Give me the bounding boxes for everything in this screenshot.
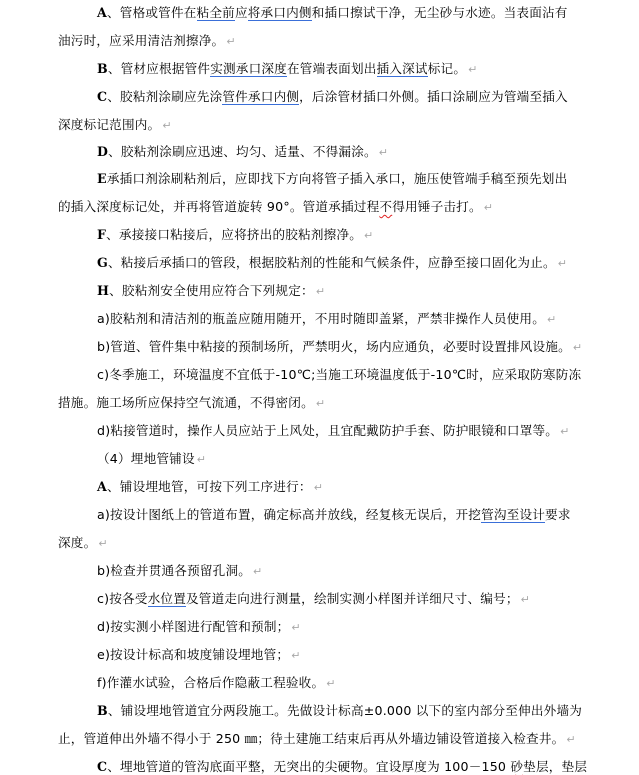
text-segment: b)管道、管件集中粘接的预制场所，严禁明火，场内应通负，必要时设置排风设施。 xyxy=(97,339,571,354)
text-segment: 止，管道伸出外墙不得小于 250 ㎜；待土建施工结束后再从外墙边铺设管道接入检查… xyxy=(58,731,564,746)
text-line: 措施。施工场所应保持空气流通，不得密闭。↵ xyxy=(58,393,325,413)
paragraph-mark-icon: ↵ xyxy=(484,201,493,214)
text-line: A、管格或管件在粘全前应将承口内侧和插口擦试干净，无尘砂与水迹。当表面沾有 xyxy=(97,3,568,23)
paragraph-mark-icon: ↵ xyxy=(98,537,107,550)
paragraph-mark-icon: ↵ xyxy=(316,397,325,410)
text-segment: e)按设计标高和坡度铺设埋地管； xyxy=(97,647,289,662)
text-line: 深度。↵ xyxy=(58,533,108,553)
document-page: A、管格或管件在粘全前应将承口内侧和插口擦试干净，无尘砂与水迹。当表面沾有油污时… xyxy=(0,0,639,775)
paragraph-mark-icon: ↵ xyxy=(547,313,556,326)
text-segment: 、铺设埋地管，可按下列工序进行： xyxy=(107,479,312,494)
marked-text: 插入深试 xyxy=(377,61,428,77)
text-line: b)检查并贯通各预留孔洞。↵ xyxy=(97,561,262,581)
text-segment: 、承接接口粘接后，应将挤出的胶粘剂擦净。 xyxy=(106,227,362,242)
item-letter: H xyxy=(97,283,109,298)
text-segment: ，后涂管材插口外侧。插口涂刷应为管端至插入 xyxy=(299,89,568,104)
text-segment: b)检查并贯通各预留孔洞。 xyxy=(97,563,251,578)
text-segment: a)按设计图纸上的管道布置，确定标高并放线，经复核无误后，开挖 xyxy=(97,507,481,522)
text-segment: 在管端表面划出 xyxy=(287,61,377,76)
item-letter: F xyxy=(97,227,106,242)
item-letter: C xyxy=(97,89,107,104)
paragraph-mark-icon: ↵ xyxy=(316,285,325,298)
text-segment: 及管道走向进行测量，绘制实测小样图并详细尺寸、编号； xyxy=(186,591,519,606)
text-segment: 、胶粘剂涂刷应先涂 xyxy=(107,89,222,104)
text-segment: 、埋地管道的管沟底面平整，无突出的尖硬物。宜设厚度为 100－150 xyxy=(107,759,510,774)
text-segment: 的插入深度标记处，并再将管道旋转 90°。管道承插过程 xyxy=(58,199,379,214)
paragraph-mark-icon: ↵ xyxy=(379,146,388,159)
text-segment: 和插口擦试干净，无尘砂与水迹。当表面沾有 xyxy=(312,5,568,20)
text-line: 深度标记范围内。↵ xyxy=(58,115,172,135)
marked-text: 不 xyxy=(379,199,392,214)
paragraph-mark-icon: ↵ xyxy=(226,35,235,48)
text-line: E承插口剂涂刷粘剂后，应即找下方向将管子插入承口，施压使管端手稿至预先划出 xyxy=(97,169,567,189)
text-segment: a)胶粘剂和清洁剂的瓶盖应随用随开，不用时随即盖紧，严禁非操作人员使用。 xyxy=(97,311,545,326)
text-segment: 、铺设埋地管道宜分两段施工。先做设计标高±0.000 以下的室内部分至伸出外墙为 xyxy=(108,703,582,718)
text-line: e)按设计标高和坡度铺设埋地管；↵ xyxy=(97,645,301,665)
item-letter: A xyxy=(97,479,107,494)
text-line: C、埋地管道的管沟底面平整，无突出的尖硬物。宜设厚度为 100－150 砂垫层，… xyxy=(97,757,587,775)
text-line: D、胶粘剂涂刷应迅速、均匀、适量、不得漏涂。↵ xyxy=(97,142,388,162)
marked-text: 管件承口内侧 xyxy=(222,89,299,105)
paragraph-mark-icon: ↵ xyxy=(558,257,567,270)
paragraph-mark-icon: ↵ xyxy=(521,593,530,606)
item-letter: D xyxy=(97,144,108,159)
text-line: G、粘接后承插口的管段，根据胶粘剂的性能和气候条件，应静至接口固化为止。↵ xyxy=(97,253,567,273)
text-segment: 、胶粘剂涂刷应迅速、均匀、适量、不得漏涂。 xyxy=(108,144,377,159)
text-line: C、胶粘剂涂刷应先涂管件承口内侧，后涂管材插口外侧。插口涂刷应为管端至插入 xyxy=(97,87,568,107)
text-segment: 要求 xyxy=(545,507,571,522)
paragraph-mark-icon: ↵ xyxy=(162,119,171,132)
text-line: f)作灌水试验，合格后作隐蔽工程验收。↵ xyxy=(97,673,336,693)
text-line: （4）埋地管铺设↵ xyxy=(97,449,206,469)
text-segment: 应 xyxy=(235,5,248,20)
text-line: 的插入深度标记处，并再将管道旋转 90°。管道承插过程不得用锤子击打。↵ xyxy=(58,197,493,217)
text-segment: f)作灌水试验，合格后作隐蔽工程验收。 xyxy=(97,675,324,690)
paragraph-mark-icon: ↵ xyxy=(314,481,323,494)
text-segment: c)按各受 xyxy=(97,591,148,606)
marked-text: 管沟至设计 xyxy=(481,507,545,523)
item-letter: B xyxy=(97,61,108,76)
text-line: a)胶粘剂和清洁剂的瓶盖应随用随开，不用时随即盖紧，严禁非操作人员使用。↵ xyxy=(97,309,556,329)
text-line: d)按实测小样图进行配管和预制；↵ xyxy=(97,617,301,637)
text-line: H、胶粘剂安全使用应符合下列规定：↵ xyxy=(97,281,325,301)
item-letter: A xyxy=(97,5,107,20)
marked-text: 砂 xyxy=(510,759,523,774)
text-line: B、铺设埋地管道宜分两段施工。先做设计标高±0.000 以下的室内部分至伸出外墙… xyxy=(97,701,582,721)
marked-text: 实测承口深度 xyxy=(210,61,287,77)
text-segment: d)粘接管道时，操作人员应站于上风处，且宜配戴防护手套、防护眼镜和口罩等。 xyxy=(97,423,558,438)
paragraph-mark-icon: ↵ xyxy=(197,453,206,466)
paragraph-mark-icon: ↵ xyxy=(253,565,262,578)
text-line: c)按各受水位置及管道走向进行测量，绘制实测小样图并详细尺寸、编号；↵ xyxy=(97,589,530,609)
text-segment: c)冬季施工，环境温度不宜低于-10℃;当施工环境温度低于-10℃时，应采取防寒… xyxy=(97,367,581,382)
paragraph-mark-icon: ↵ xyxy=(566,733,575,746)
paragraph-mark-icon: ↵ xyxy=(326,677,335,690)
text-line: b)管道、管件集中粘接的预制场所，严禁明火，场内应通负，必要时设置排风设施。↵ xyxy=(97,337,582,357)
marked-text: 粘全前 xyxy=(197,5,235,21)
text-segment: 深度。 xyxy=(58,535,96,550)
item-letter: B xyxy=(97,703,108,718)
text-segment: 、管格或管件在 xyxy=(107,5,197,20)
text-line: a)按设计图纸上的管道布置，确定标高并放线，经复核无误后，开挖管沟至设计要求 xyxy=(97,505,571,525)
text-segment: 深度标记范围内。 xyxy=(58,117,160,132)
paragraph-mark-icon: ↵ xyxy=(468,63,477,76)
item-letter: E xyxy=(97,171,107,186)
text-segment: 标记。 xyxy=(428,61,466,76)
text-line: 油污时，应采用清洁剂擦净。↵ xyxy=(58,31,236,51)
text-line: 止，管道伸出外墙不得小于 250 ㎜；待土建施工结束后再从外墙边铺设管道接入检查… xyxy=(58,729,576,749)
text-segment: 得用锤子击打。 xyxy=(392,199,482,214)
text-segment: 油污时，应采用清洁剂擦净。 xyxy=(58,33,224,48)
text-segment: （4）埋地管铺设 xyxy=(97,451,195,466)
text-line: A、铺设埋地管，可按下列工序进行：↵ xyxy=(97,477,323,497)
paragraph-mark-icon: ↵ xyxy=(573,341,582,354)
text-line: F、承接接口粘接后，应将挤出的胶粘剂擦净。↵ xyxy=(97,225,373,245)
text-segment: 措施。施工场所应保持空气流通，不得密闭。 xyxy=(58,395,314,410)
marked-text: 水位置 xyxy=(148,591,186,607)
text-segment: 、胶粘剂安全使用应符合下列规定： xyxy=(109,283,314,298)
text-segment: 、粘接后承插口的管段，根据胶粘剂的性能和气候条件，应静至接口固化为止。 xyxy=(108,255,556,270)
text-segment: 垫层，垫层 xyxy=(523,759,587,774)
text-segment: 承插口剂涂刷粘剂后，应即找下方向将管子插入承口，施压使管端手稿至预先划出 xyxy=(107,171,568,186)
paragraph-mark-icon: ↵ xyxy=(364,229,373,242)
text-line: c)冬季施工，环境温度不宜低于-10℃;当施工环境温度低于-10℃时，应采取防寒… xyxy=(97,365,581,385)
paragraph-mark-icon: ↵ xyxy=(560,425,569,438)
text-segment: d)按实测小样图进行配管和预制； xyxy=(97,619,289,634)
text-line: B、管材应根据管件实测承口深度在管端表面划出插入深试标记。↵ xyxy=(97,59,478,79)
paragraph-mark-icon: ↵ xyxy=(291,649,300,662)
item-letter: C xyxy=(97,759,107,774)
item-letter: G xyxy=(97,255,108,270)
paragraph-mark-icon: ↵ xyxy=(291,621,300,634)
text-segment: 、管材应根据管件 xyxy=(108,61,210,76)
marked-text: 将承口内侧 xyxy=(248,5,312,21)
text-line: d)粘接管道时，操作人员应站于上风处，且宜配戴防护手套、防护眼镜和口罩等。↵ xyxy=(97,421,570,441)
